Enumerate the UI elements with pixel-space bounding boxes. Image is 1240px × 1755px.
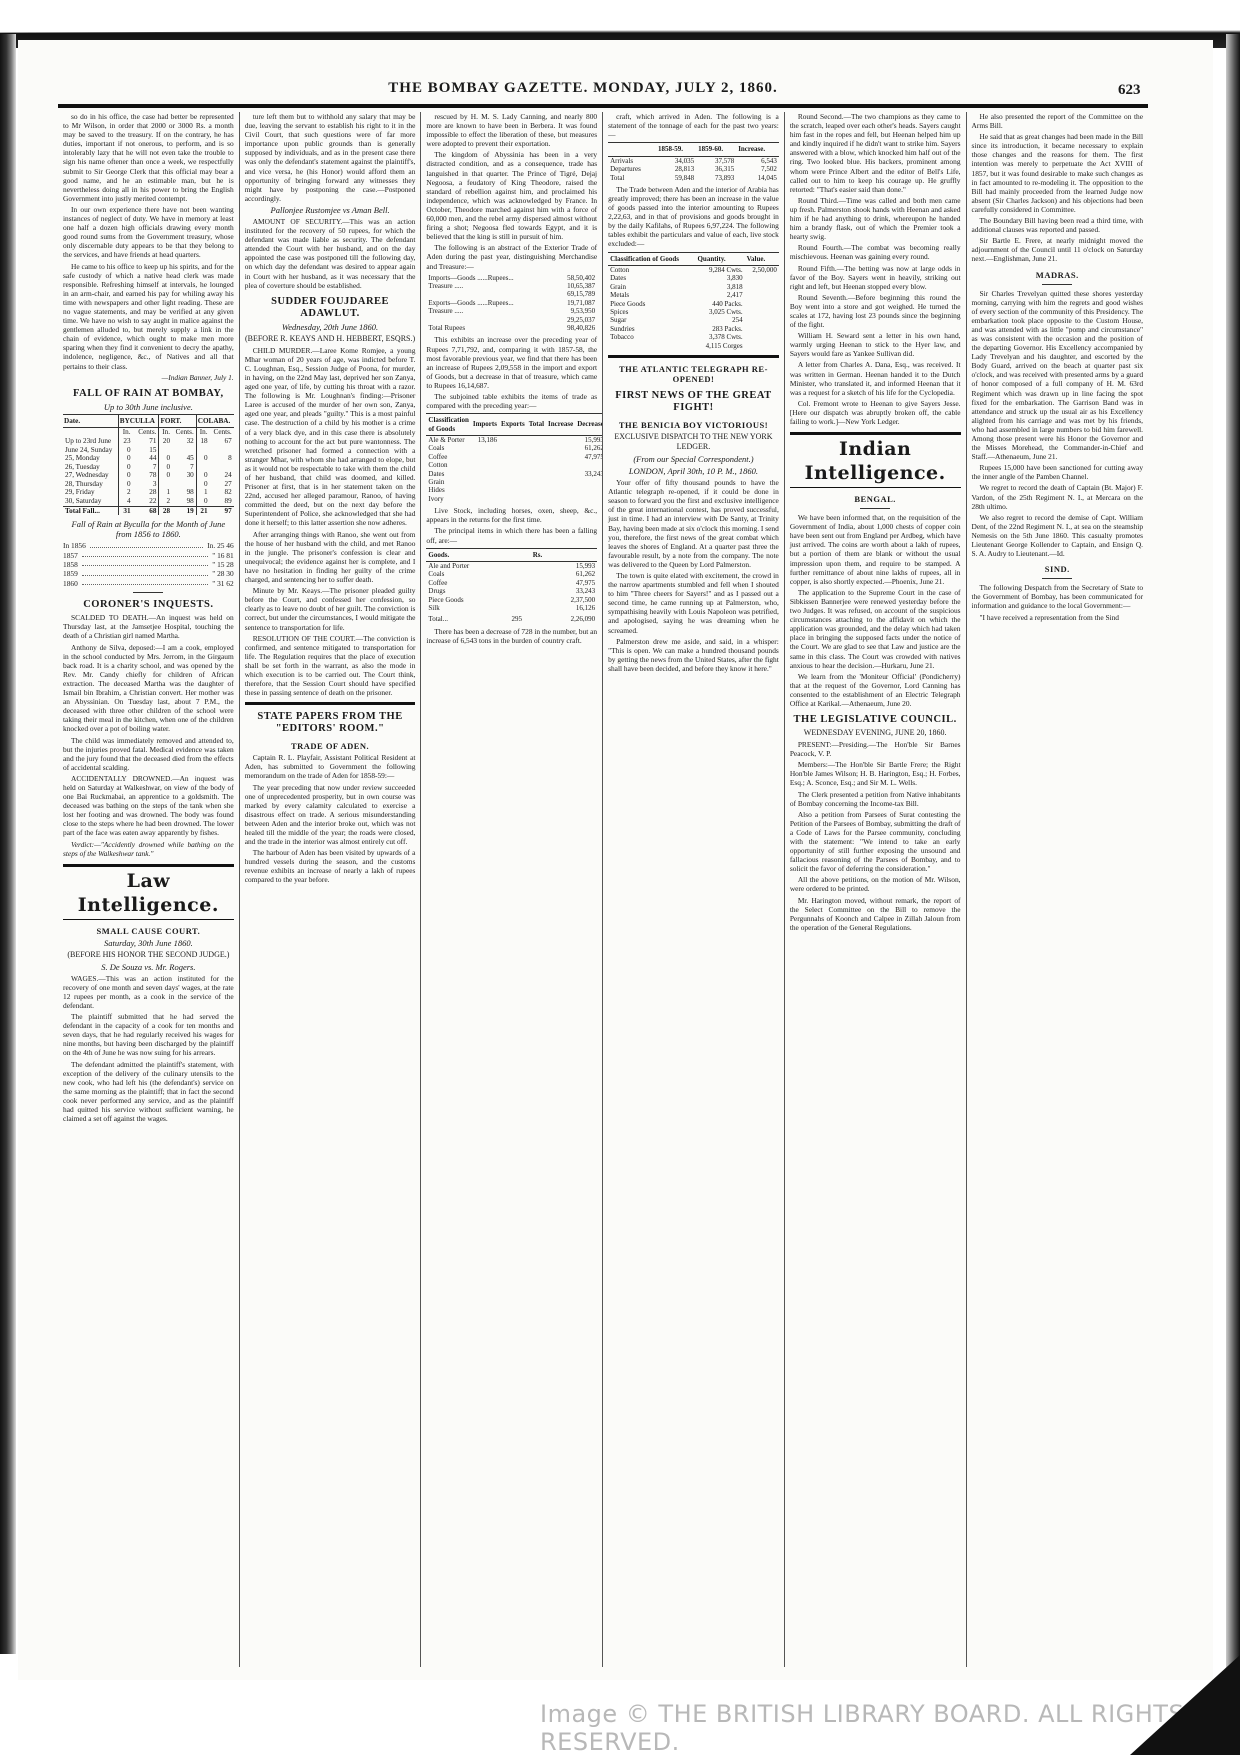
table-row: 30, Saturday422298089 [63, 497, 234, 506]
table-cell [471, 486, 499, 494]
scan-border-left [0, 34, 16, 1654]
table-cell: June 24, Sunday [63, 446, 118, 455]
table-row: Exports—Goods ......Rupees...19,71,087 [426, 299, 597, 307]
table-cell: Exports [499, 414, 527, 436]
table-cell: Value. [745, 252, 779, 265]
table-cell [172, 446, 196, 455]
table-cell [527, 461, 546, 469]
divider [608, 355, 779, 358]
table-cell: 3,378 Cwts. [695, 333, 744, 341]
table-cell: Imports [471, 414, 499, 436]
table-cell: 0 [159, 463, 172, 472]
table-cell: 45 [172, 454, 196, 463]
table-cell [575, 461, 603, 469]
table-cell [471, 453, 499, 461]
article-text: The application to the Supreme Court in … [790, 588, 961, 670]
table-cell: 15,993 [575, 436, 603, 445]
table-cell: 82 [210, 488, 234, 497]
rain-table-title: FALL OF RAIN AT BOMBAY, [63, 388, 234, 400]
state-papers-title: "EDITORS' ROOM." [245, 723, 416, 735]
article-text: We learn from the 'Moniteur Official' (P… [790, 672, 961, 708]
table-row: Total Fall...316828192197 [63, 506, 234, 515]
article-text: RESOLUTION OF THE COURT.—The conviction … [245, 634, 416, 698]
table-cell [745, 316, 779, 324]
table-cell: 47,975 [575, 453, 603, 461]
article-text: rescued by H. M. S. Lady Canning, and ne… [426, 112, 597, 148]
table-row: Coals61,262 [426, 444, 603, 452]
article-text: He also presented the report of the Comm… [972, 112, 1144, 130]
table-cell: 37,578 [696, 156, 736, 165]
table-row: Treasure .....10,65,387 [426, 282, 597, 290]
table-cell: Piece Goods [608, 300, 695, 308]
table-row: Spices3,025 Cwts. [608, 308, 779, 316]
article-text: The plaintiff submitted that he had serv… [63, 1012, 234, 1057]
article-text: A letter from Charles A. Dana, Esq., was… [790, 360, 961, 396]
table-cell: 2,417 [695, 291, 744, 299]
article-text: William H. Seward sent a letter in his o… [790, 331, 961, 358]
table-cell: Spices [608, 308, 695, 316]
article-text: "I have received a representation from t… [972, 613, 1144, 622]
table-cell: Cents. [210, 428, 234, 437]
article-text: Anthony de Silva, deposed:—I am a cook, … [63, 643, 234, 734]
table-cell: 22 [133, 497, 159, 506]
section-heading-indian: Indian Intelligence. [790, 432, 961, 488]
article-text: The harbour of Aden has been visited by … [245, 848, 416, 884]
article-text: The Boundary Bill having been read a thi… [972, 216, 1144, 234]
article-text: Col. Fremont wrote to Heenan to give Say… [790, 399, 961, 426]
sudder-title: SUDDER FOUJDAREE ADAWLUT. [245, 296, 416, 320]
table-row: Sundries283 Packs. [608, 325, 779, 333]
table-cell [546, 436, 575, 445]
table-cell: 71 [133, 437, 159, 446]
table-cell: 15 [133, 446, 159, 455]
table-row: Silk16,126 [426, 604, 597, 612]
interior-goods-table: Classification of GoodsQuantity.Value. C… [608, 252, 779, 350]
table-cell: Sugar [608, 316, 695, 324]
table-cell: Cents. [133, 428, 159, 437]
table-cell [210, 463, 234, 472]
table-cell: Drugs [426, 587, 530, 595]
table-cell: Up to 23rd June [63, 437, 118, 446]
verdict: Verdict:—"Accidently drowned while bathi… [63, 840, 234, 858]
article-text: Captain R. L. Playfair, Assistant Politi… [245, 753, 416, 780]
table-cell: 19,71,087 [552, 299, 597, 307]
article-text: We also regret to record the demise of C… [972, 513, 1144, 558]
article-text: Palmerston drew me aside, and said, in a… [608, 637, 779, 673]
rain-header: BYCULLA [118, 414, 159, 428]
table-cell [527, 470, 546, 478]
table-cell: 29, Friday [63, 488, 118, 497]
table-cell: Total Fall... [63, 506, 118, 515]
table-cell: 33,243 [531, 587, 597, 595]
coroner-title: CORONER'S INQUESTS. [63, 599, 234, 611]
table-cell: 18 [196, 437, 209, 446]
table-cell: Grain [426, 478, 470, 486]
table-cell [471, 444, 499, 452]
table-cell: 2,50,000 [745, 265, 779, 274]
table-row: 4,115 Corges [608, 342, 779, 350]
table-cell [575, 478, 603, 486]
table-cell: 1 [159, 488, 172, 497]
table-cell: Coffee [426, 453, 470, 461]
table-cell: Tobacco [608, 333, 695, 341]
yearly-rain-row: In 1856In. 25 46 [63, 541, 234, 550]
table-cell: 78 [133, 471, 159, 480]
article-text: WAGES.—This was an action instituted for… [63, 974, 234, 1010]
table-cell [499, 444, 527, 452]
table-cell: Exports—Goods ......Rupees... [426, 299, 552, 307]
columns: so do in his office, the case had better… [58, 112, 1148, 1667]
table-row: Dates3,830 [608, 274, 779, 282]
table-row: June 24, Sunday015 [63, 446, 234, 455]
table-cell: 27, Wednesday [63, 471, 118, 480]
table-cell: 283 Packs. [695, 325, 744, 333]
table-cell: Total [608, 174, 656, 182]
table-cell [546, 453, 575, 461]
table-cell [159, 480, 172, 489]
table-cell [471, 495, 499, 503]
article-text: He said that as great changes had been m… [972, 132, 1144, 214]
table-row: Up to 23rd June237120321867 [63, 437, 234, 446]
table-cell: Grain [608, 283, 695, 291]
shipping-total-label: Total... [426, 615, 486, 623]
table-cell [745, 333, 779, 341]
table-cell: 61,262 [531, 570, 597, 578]
column-3: rescued by H. M. S. Lady Canning, and ne… [421, 112, 603, 1667]
table-cell: 13,186 [471, 436, 499, 445]
table-cell: In. [118, 428, 132, 437]
table-cell: Dates [426, 470, 470, 478]
telegraph-byline: EXCLUSIVE DISPATCH TO THE NEW YORK LEDGE… [608, 432, 779, 452]
table-cell: 0 [118, 454, 132, 463]
table-row: Piece Goods2,37,500 [426, 596, 597, 604]
article-text: The town is quite elated with excitement… [608, 571, 779, 635]
article-text: SCALDED TO DEATH.—An inquest was held on… [63, 613, 234, 640]
table-row: Metals2,417 [608, 291, 779, 299]
table-cell [546, 470, 575, 478]
table-row: 27, Wednesday078030024 [63, 471, 234, 480]
article-text: The kingdom of Abyssinia has been in a v… [426, 150, 597, 241]
council-date: WEDNESDAY EVENING, JUNE 20, 1860. [790, 728, 961, 738]
yearly-rain-list: In 1856In. 25 461857" 16 811858" 15 2818… [63, 541, 234, 588]
table-cell: 32 [172, 437, 196, 446]
table-cell [527, 444, 546, 452]
table-cell [499, 478, 527, 486]
table-row: 25, Monday04404508 [63, 454, 234, 463]
table-cell: Coffee [426, 579, 530, 587]
yearly-rain-row: 1860" 31 62 [63, 579, 234, 588]
rain-header: COLABA. [196, 414, 233, 428]
table-cell [527, 495, 546, 503]
page-number: 623 [1118, 82, 1141, 99]
table-row: Departures28,81336,3157,502 [608, 165, 779, 173]
article-text: The subjoined table exhibits the items o… [426, 392, 597, 410]
table-row: Total Rupees98,40,826 [426, 324, 597, 332]
table-cell: 21 [196, 506, 209, 515]
table-cell: 89 [210, 497, 234, 506]
state-papers-title: STATE PAPERS FROM THE [245, 711, 416, 723]
table-cell [745, 325, 779, 333]
table-cell: Quantity. [695, 252, 744, 265]
table-cell [499, 461, 527, 469]
table-cell: 28 [133, 488, 159, 497]
article-source: —Indian Banner, July 1. [63, 373, 234, 382]
table-row: Ale & Porter13,18615,993 [426, 436, 603, 445]
table-cell [745, 342, 779, 350]
section-heading-law: Law Intelligence. [63, 864, 234, 920]
table-cell [210, 446, 234, 455]
table-cell [745, 274, 779, 282]
yearly-rain-row: 1858" 15 28 [63, 560, 234, 569]
scan-border-right [1226, 34, 1240, 1714]
table-cell [471, 461, 499, 469]
table-cell: Cents. [172, 428, 196, 437]
trade-abstract-table: Imports—Goods ......Rupees...58,50,402Tr… [426, 274, 597, 333]
table-cell: 44 [133, 454, 159, 463]
table-cell [745, 291, 779, 299]
yearly-rain-row: 1859" 28 30 [63, 569, 234, 578]
article-text: Rupees 15,000 have been sanctioned for c… [972, 463, 1144, 481]
article-text: PRESENT:—Presiding.—The Hon'ble Sir Barn… [790, 740, 961, 758]
bengal-title: BENGAL. [790, 494, 961, 504]
table-cell: 25, Monday [63, 454, 118, 463]
table-row: Coals61,262 [426, 570, 597, 578]
column-2: ture left them but to withhold any salar… [240, 112, 422, 1667]
table-cell: Ale and Porter [426, 562, 530, 571]
table-cell: Ale & Porter [426, 436, 470, 445]
telegraph-correspondent: (From our Special Correspondent.) [608, 454, 779, 464]
table-cell: Coals [426, 570, 530, 578]
table-cell [426, 290, 552, 298]
table-cell: 254 [695, 316, 744, 324]
table-cell: Total [527, 414, 546, 436]
sind-title: SIND. [972, 564, 1144, 574]
table-cell: Total Rupees [426, 324, 552, 332]
article-text: ACCIDENTALLY DROWNED.—An inquest was hel… [63, 774, 234, 838]
trade-classification-table: Classification of GoodsImportsExportsTot… [426, 413, 603, 503]
table-row: Grain [426, 478, 603, 486]
table-cell: Classification of Goods [426, 414, 470, 436]
article-text: After arranging things with Ranoo, she w… [245, 530, 416, 585]
copyright-watermark: Image © THE BRITISH LIBRARY BOARD. ALL R… [540, 1700, 1240, 1755]
article-text: Minute by Mr. Keays.—The prisoner pleade… [245, 586, 416, 631]
table-cell: 98,40,826 [552, 324, 597, 332]
table-cell: 0 [196, 497, 209, 506]
table-cell: Metals [608, 291, 695, 299]
article-text: Members:—The Hon'ble Sir Bartle Frere; t… [790, 760, 961, 787]
table-cell: 24 [210, 471, 234, 480]
decrease-table: Goods. Rs. Ale and Porter15,993Coals61,2… [426, 548, 597, 613]
table-cell: Decrease [575, 414, 603, 436]
table-cell [63, 428, 118, 437]
trade-of-aden-title: TRADE OF ADEN. [245, 741, 416, 751]
table-cell: Treasure ..... [426, 282, 552, 290]
table-row: Coffee47,975 [426, 579, 597, 587]
telegraph-headline: FIRST NEWS OF THE GREAT FIGHT! [608, 390, 779, 414]
table-cell: Arrivals [608, 156, 656, 165]
table-cell: Coals [426, 444, 470, 452]
table-row: Tobacco3,378 Cwts. [608, 333, 779, 341]
table-cell: 36,315 [696, 165, 736, 173]
table-cell: 3,025 Cwts. [695, 308, 744, 316]
table-cell: 0 [196, 480, 209, 489]
table-cell: 0 [196, 454, 209, 463]
table-cell [745, 308, 779, 316]
table-cell: Increase. [736, 143, 779, 156]
table-row: In.Cents.In.Cents.In.Cents. [63, 428, 234, 437]
rain-table-subtitle: Up to 30th June inclusive. [63, 402, 234, 412]
article-text: The year preceding that now under review… [245, 783, 416, 847]
article-text: Round Seventh.—Before beginning this rou… [790, 293, 961, 329]
article-text: Round Third.—Time was called and both me… [790, 196, 961, 241]
table-cell [172, 480, 196, 489]
table-cell: 29,25,037 [552, 316, 597, 324]
table-cell: 7 [133, 463, 159, 472]
table-cell: 31 [118, 506, 132, 515]
table-cell [745, 283, 779, 291]
table-cell: 2,37,500 [531, 596, 597, 604]
table-cell: 1 [196, 488, 209, 497]
court-before: (BEFORE HIS HONOR THE SECOND JUDGE.) [63, 950, 234, 960]
table-cell: Ivory [426, 495, 470, 503]
table-cell [426, 316, 552, 324]
divider [133, 592, 163, 593]
table-cell [527, 478, 546, 486]
newspaper-page: THE BOMBAY GAZETTE. MONDAY, JULY 2, 1860… [18, 40, 1213, 1680]
table-cell: 3 [133, 480, 159, 489]
column-5: Round Second.—The two champions as they … [785, 112, 967, 1667]
table-cell: 67 [210, 437, 234, 446]
article-text: craft, which arrived in Aden. The follow… [608, 112, 779, 139]
table-cell [196, 463, 209, 472]
table-cell: 23 [118, 437, 132, 446]
shipping-total-tons: 2,26,090 [524, 615, 597, 623]
table-cell: 7 [172, 463, 196, 472]
table-cell: 28, Thursday [63, 480, 118, 489]
article-text: CHILD MURDER.—Laree Kome Romjee, a young… [245, 346, 416, 528]
table-cell: Treasure ..... [426, 307, 552, 315]
table-cell: 14,045 [736, 174, 779, 182]
table-cell: 0 [159, 454, 172, 463]
table-cell: 0 [118, 463, 132, 472]
table-cell: 73,893 [696, 174, 736, 182]
table-cell: 98 [172, 497, 196, 506]
table-cell: In. [159, 428, 172, 437]
table-cell [196, 446, 209, 455]
arrivals-table: 1858-59.1859-60.Increase. Arrivals34,035… [608, 142, 779, 182]
table-cell [608, 342, 695, 350]
table-cell: 2 [118, 488, 132, 497]
table-cell [527, 453, 546, 461]
table-cell: Sundries [608, 325, 695, 333]
masthead-title: THE BOMBAY GAZETTE. MONDAY, JULY 2, 1860… [18, 80, 1148, 97]
table-row: Ale and Porter15,993 [426, 562, 597, 571]
case-name: S. De Souza vs. Mr. Rogers. [63, 962, 234, 972]
table-cell: Cotton [608, 265, 695, 274]
table-cell: Classification of Goods [608, 252, 695, 265]
article-text: AMOUNT OF SECURITY.—This was an action i… [245, 217, 416, 290]
column-4: craft, which arrived in Aden. The follow… [603, 112, 785, 1667]
table-cell: Hides [426, 486, 470, 494]
telegraph-headline: THE BENICIA BOY VICTORIOUS! [608, 420, 779, 430]
table-cell: 3,830 [695, 274, 744, 282]
table-cell: 33,243 [575, 470, 603, 478]
table-cell: 58,50,402 [552, 274, 597, 282]
table-cell: 59,848 [656, 174, 696, 182]
court-date: Saturday, 30th June 1860. [63, 938, 234, 948]
telegraph-headline: THE ATLANTIC TELEGRAPH RE-OPENED! [608, 364, 779, 384]
table-row: 26, Tuesday0707 [63, 463, 234, 472]
table-cell: 16,126 [531, 604, 597, 612]
article-text: The following Despatch from the Secretar… [972, 583, 1144, 610]
table-cell: 1858-59. [656, 143, 696, 156]
table-row: Coffee47,975 [426, 453, 603, 461]
table-cell: 0 [118, 480, 132, 489]
divider [245, 702, 416, 705]
article-text: He came to his office to keep up his spi… [63, 262, 234, 371]
column-6: He also presented the report of the Comm… [967, 112, 1149, 1667]
table-cell [159, 446, 172, 455]
table-row: Drugs33,243 [426, 587, 597, 595]
case-name: Pallonjee Rustomjee vs Aman Bell. [245, 205, 416, 215]
table-cell [527, 436, 546, 445]
table-cell: 15,993 [531, 562, 597, 571]
table-row: Grain3,818 [608, 283, 779, 291]
yearly-rain-row: 1857" 16 81 [63, 551, 234, 560]
table-cell: 20 [159, 437, 172, 446]
rain-header: Date. [63, 414, 118, 428]
article-text: The defendant admitted the plaintiff's s… [63, 1060, 234, 1124]
table-cell: 0 [118, 471, 132, 480]
table-cell: 7,502 [736, 165, 779, 173]
table-cell [499, 486, 527, 494]
table-row: Treasure .....9,53,950 [426, 307, 597, 315]
article-text: Round Fourth.—The combat was becoming re… [790, 243, 961, 261]
table-cell: In. [196, 428, 209, 437]
table-cell: 97 [210, 506, 234, 515]
council-title: THE LEGISLATIVE COUNCIL. [790, 714, 961, 726]
table-cell: 0 [196, 471, 209, 480]
table-cell: 4,115 Corges [695, 342, 744, 350]
table-cell: 98 [172, 488, 196, 497]
article-text: In our own experience there have not bee… [63, 205, 234, 260]
table-cell: Cotton [426, 461, 470, 469]
table-cell [499, 495, 527, 503]
table-cell: Piece Goods [426, 596, 530, 604]
table-cell [499, 436, 527, 445]
article-text: The Trade between Aden and the interior … [608, 185, 779, 249]
court-title: SMALL CAUSE COURT. [63, 926, 234, 936]
table-row: 29, Friday228198182 [63, 488, 234, 497]
shipping-total-table: Total... 295 2,26,090 [426, 615, 597, 623]
table-row: Arrivals34,03537,5786,543 [608, 156, 779, 165]
table-row: Hides [426, 486, 603, 494]
table-cell [546, 478, 575, 486]
table-cell [499, 470, 527, 478]
table-cell: Imports—Goods ......Rupees... [426, 274, 552, 282]
table-cell: 61,262 [575, 444, 603, 452]
sudder-date: Wednesday, 20th June 1860. [245, 322, 416, 332]
table-cell: Departures [608, 165, 656, 173]
table-cell: 1859-60. [696, 143, 736, 156]
table-row: Ivory [426, 495, 603, 503]
decrease-header: Goods. [426, 548, 530, 561]
article-text: Live Stock, including horses, oxen, shee… [426, 506, 597, 524]
table-cell: Silk [426, 604, 530, 612]
article-text: We regret to record the death of Captain… [972, 483, 1144, 510]
table-cell: 8 [210, 454, 234, 463]
yearly-rain-title: Fall of Rain at Byculla for the Month of… [63, 519, 234, 539]
